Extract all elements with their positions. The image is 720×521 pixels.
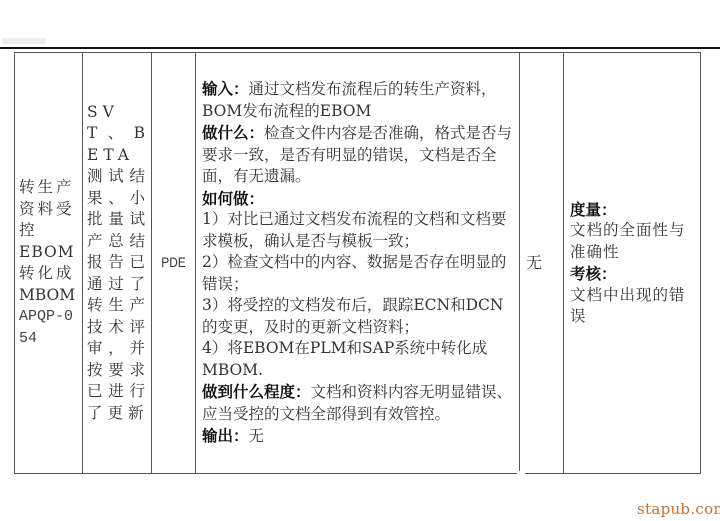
assess-label: 考核： <box>570 263 696 285</box>
deliverable-ebom: EBOM <box>19 242 80 264</box>
owner-cell: PDE <box>152 53 196 474</box>
template-cell: 无 <box>520 53 564 474</box>
how-step-3: 3）将受控的文档发布后，跟踪ECN和DCN的变更，及时的更新文档资料； <box>202 295 515 338</box>
how-label: 如何做： <box>202 188 515 210</box>
deliverable-line-1: 转生产 <box>19 177 80 199</box>
procedure-cell: 输入：通过文档发布流程后的转生产资料，BOM发布流程的EBOM 做什么：检查文件… <box>196 53 520 474</box>
input-label: 输入： <box>202 79 249 98</box>
template-text: 无 <box>520 252 563 274</box>
output-section: 输出：无 <box>202 425 515 448</box>
what-label: 做什么： <box>202 123 264 142</box>
assess-text: 文档中出现的错误 <box>570 285 696 328</box>
deliverable-code: APQP-054 <box>19 306 80 349</box>
measure-text: 文档的全面性与准确性 <box>570 220 696 263</box>
deliverable-convert: 转化成 <box>19 263 80 285</box>
prerequisite-cell: SVT、BETA测试结果、小批量试产总结报告已通过了转生产技术评审，并按要求已进… <box>83 53 152 474</box>
what-section: 做什么：检查文件内容是否准确，格式是否与要求一致，是否有明显的错误，文档是否全面… <box>202 122 515 188</box>
measure-label: 度量： <box>570 199 696 221</box>
deliverable-mbom: MBOM <box>19 285 80 307</box>
process-table: 转生产 资料受 控 EBOM 转化成 MBOM APQP-054 SVT、BET… <box>14 52 701 474</box>
deliverable-cell: 转生产 资料受 控 EBOM 转化成 MBOM APQP-054 <box>15 53 83 474</box>
deliverable-line-2: 资料受 <box>19 199 80 221</box>
deliverable-line-3: 控 <box>19 220 80 242</box>
metrics-cell: 度量： 文档的全面性与准确性 考核： 文档中出现的错误 <box>564 53 701 474</box>
how-step-1: 1）对比已通过文档发布流程的文档和文档要求模板，确认是否与模板一致； <box>202 209 515 252</box>
degree-label: 做到什么程度： <box>202 382 311 401</box>
watermark-text: stapub.com <box>637 500 720 518</box>
owner-text: PDE <box>155 252 192 274</box>
how-step-4: 4）将EBOM在PLM和SAP系统中转化成MBOM. <box>202 338 515 381</box>
degree-section: 做到什么程度：文档和资料内容无明显错误、应当受控的文档全部得到有效管控。 <box>202 381 515 425</box>
input-section: 输入：通过文档发布流程后的转生产资料，BOM发布流程的EBOM <box>202 78 515 122</box>
how-step-2: 2）检查文档中的内容、数据是否存在明显的错误； <box>202 252 515 295</box>
prerequisite-text: SVT、BETA测试结果、小批量试产总结报告已通过了转生产技术评审，并按要求已进… <box>83 102 151 425</box>
faint-header-remnant <box>2 38 46 44</box>
table-row: 转生产 资料受 控 EBOM 转化成 MBOM APQP-054 SVT、BET… <box>15 53 701 474</box>
border-gap <box>517 471 525 476</box>
top-rule <box>0 47 720 49</box>
output-label: 输出： <box>202 426 249 445</box>
output-text: 无 <box>249 427 265 445</box>
